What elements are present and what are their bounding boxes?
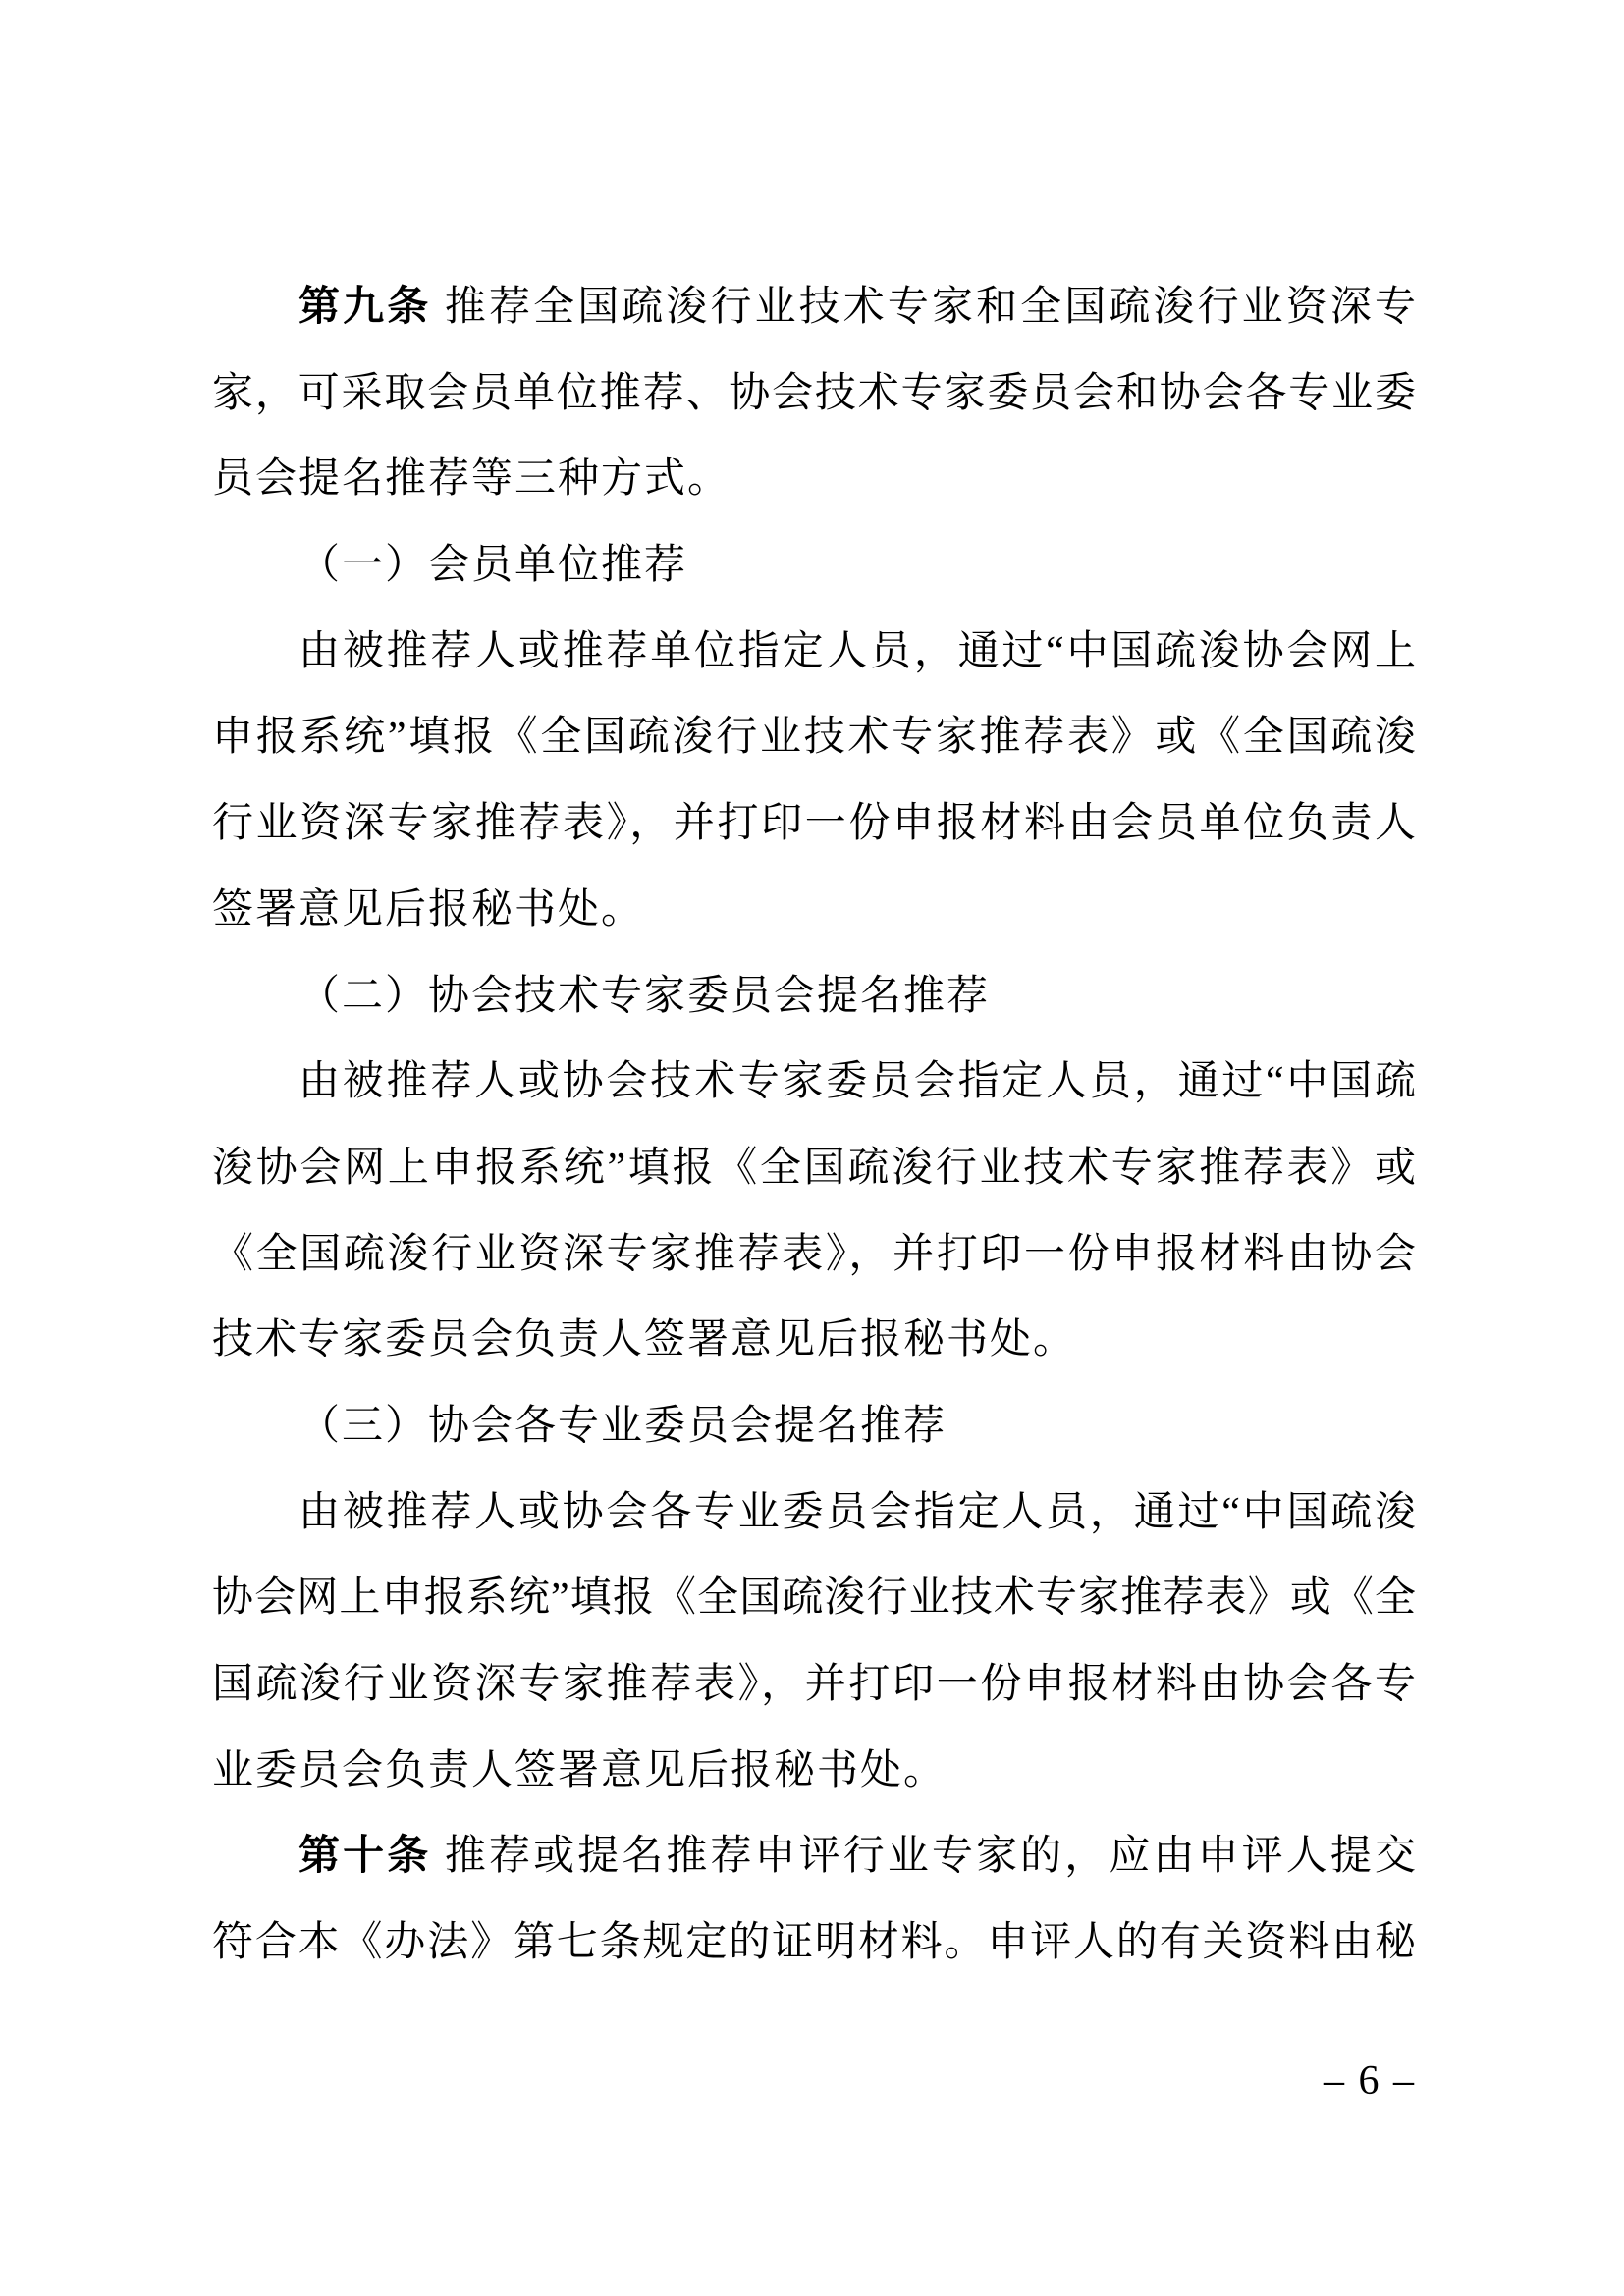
text-line: 申报系统”填报《全国疏浚行业技术专家推荐表》或《全国疏浚 [212,695,1416,781]
document-body: 第九条 推荐全国疏浚行业技术专家和全国疏浚行业资深专家，可采取会员单位推荐、协会… [212,265,1416,1987]
text-line: （三）协会各专业委员会提名推荐 [212,1384,1416,1470]
text-line: （一）会员单位推荐 [212,523,1416,610]
article-number: 第九条 [298,285,431,330]
text-line: 第九条 推荐全国疏浚行业技术专家和全国疏浚行业资深专 [212,265,1416,351]
text-line: 行业资深专家推荐表》，并打印一份申报材料由会员单位负责人 [212,781,1416,868]
text-line: 签署意见后报秘书处。 [212,868,1416,954]
text-line: 业委员会负责人签署意见后报秘书处。 [212,1729,1416,1815]
text-line: （二）协会技术专家委员会提名推荐 [212,954,1416,1041]
text-line: 由被推荐人或协会各专业委员会指定人员，通过“中国疏浚 [212,1470,1416,1557]
text-line: 《全国疏浚行业资深专家推荐表》，并打印一份申报材料由协会 [212,1212,1416,1299]
page-number: – 6 – [1324,2057,1416,2105]
text-line: 国疏浚行业资深专家推荐表》，并打印一份申报材料由协会各专 [212,1642,1416,1729]
text-line: 符合本《办法》第七条规定的证明材料。申评人的有关资料由秘 [212,1900,1416,1987]
text-line: 由被推荐人或协会技术专家委员会指定人员，通过“中国疏 [212,1040,1416,1126]
text-line: 员会提名推荐等三种方式。 [212,437,1416,523]
text-line: 家，可采取会员单位推荐、协会技术专家委员会和协会各专业委 [212,351,1416,438]
text-line: 协会网上申报系统”填报《全国疏浚行业技术专家推荐表》或《全 [212,1556,1416,1642]
document-page: 第九条 推荐全国疏浚行业技术专家和全国疏浚行业资深专家，可采取会员单位推荐、协会… [0,0,1624,2296]
text-line: 浚协会网上申报系统”填报《全国疏浚行业技术专家推荐表》或 [212,1126,1416,1212]
text-line: 第十条 推荐或提名推荐申评行业专家的，应由申评人提交 [212,1814,1416,1900]
text-line: 技术专家委员会负责人签署意见后报秘书处。 [212,1298,1416,1384]
text-line: 由被推荐人或推荐单位指定人员，通过“中国疏浚协会网上 [212,610,1416,696]
article-number: 第十条 [298,1834,431,1879]
